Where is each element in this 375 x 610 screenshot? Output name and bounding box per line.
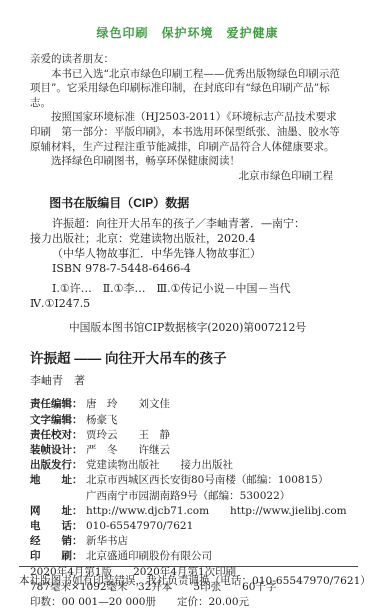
row-label: 装帧设计： — [30, 443, 86, 458]
row-value: 北京盛通印刷股份有限公司 — [86, 549, 345, 564]
green-print-slogan: 绿色印刷 保护环境 爱护健康 — [30, 24, 345, 41]
row-value: 广西南宁市园湖南路9号（邮编：530022） — [86, 489, 345, 504]
colophon-row-distributor: 经 销： 新华书店 — [30, 534, 345, 549]
colophon-row-designer: 装帧设计： 严 冬 许继云 — [30, 443, 345, 458]
colophon-row-address: 地 址： 北京市西城区西长安街80号南楼（邮编：100815） — [30, 473, 345, 488]
letter-salutation: 亲爱的读者朋友： — [30, 52, 345, 67]
row-label: 网 址： — [30, 504, 86, 519]
row-label: 地 址： — [30, 473, 86, 488]
row-label: 经 销： — [30, 534, 86, 549]
book-author: 李岫青 著 — [30, 372, 345, 388]
row-value: 杨豪飞 — [86, 413, 345, 428]
letter-signature: 北京市绿色印刷工程 — [30, 169, 345, 184]
row-value: 党建读物出版社 接力出版社 — [86, 458, 345, 473]
row-value: 严 冬 许继云 — [86, 443, 345, 458]
row-value: 贾玲云 王 静 — [86, 428, 345, 443]
colophon-row-phone: 电 话： 010-65547970/7621 — [30, 519, 345, 534]
row-value: http://www.djcb71.com http://www.jielibj… — [86, 504, 347, 519]
letter-paragraph: 本书已入选“北京市绿色印刷工程——优秀出版物绿色印刷示范项目”。它采用绿色印刷标… — [30, 67, 345, 111]
letter-paragraph: 选择绿色印刷图书，畅享环保健康阅读！ — [30, 154, 345, 169]
row-value: 新华书店 — [86, 534, 345, 549]
print-run-line: 印数：00 001—20 000册 定价：20.00元 — [30, 595, 345, 610]
cip-line: 许振超：向往开大吊车的孩子／李岫青著．—南宁： — [30, 216, 345, 231]
row-label: 出版发行： — [30, 458, 86, 473]
colophon-row-proofreader: 责任校对： 贾玲云 王 静 — [30, 428, 345, 443]
cip-line: Ⅳ.①I247.5 — [30, 296, 345, 311]
letter-paragraph: 按照国家环境标准（HJ2503-2011）《环境标志产品技术要求 印刷 第一部分… — [30, 110, 345, 154]
divider — [19, 566, 358, 567]
row-label: 责任编辑： — [30, 397, 86, 412]
row-label: 责任校对： — [30, 428, 86, 443]
colophon-row-editor: 责任编辑： 唐 玲 刘文佳 — [30, 397, 345, 412]
colophon-row-website: 网 址： http://www.djcb71.com http://www.ji… — [30, 504, 345, 519]
colophon-row-address-2: 广西南宁市园湖南路9号（邮编：530022） — [30, 489, 345, 504]
cip-record-number: 中国版本图书馆CIP数据核字(2020)第007212号 — [30, 320, 345, 335]
colophon-row-publisher: 出版发行： 党建读物出版社 接力出版社 — [30, 458, 345, 473]
row-value: 010-65547970/7621 — [86, 519, 345, 534]
row-label: 文字编辑： — [30, 413, 86, 428]
cip-line: 接力出版社；北京：党建读物出版社，2020.4 — [30, 231, 345, 246]
cip-line: （中华人物故事汇．中华先锋人物故事汇） — [30, 246, 345, 261]
cip-line: ISBN 978-7-5448-6466-4 — [30, 261, 345, 276]
row-label — [30, 489, 86, 504]
row-value: 唐 玲 刘文佳 — [86, 397, 345, 412]
cip-heading: 图书在版编目（CIP）数据 — [30, 196, 345, 211]
cip-block: 图书在版编目（CIP）数据 许振超：向往开大吊车的孩子／李岫青著．—南宁： 接力… — [30, 196, 345, 335]
footer: 本社版图书如有印装错误，我社负责调换（电话：010-65547970/7621） — [19, 566, 358, 588]
footer-note: 本社版图书如有印装错误，我社负责调换（电话：010-65547970/7621） — [19, 573, 358, 588]
book-title: 许振超 —— 向往开大吊车的孩子 — [30, 347, 345, 367]
colophon-row-text-editor: 文字编辑： 杨豪飞 — [30, 413, 345, 428]
row-label: 电 话： — [30, 519, 86, 534]
cip-line: Ⅰ.①许… Ⅱ.①李… Ⅲ.①传记小说－中国－当代 — [30, 281, 345, 296]
row-value: 北京市西城区西长安街80号南楼（邮编：100815） — [86, 473, 345, 488]
row-label: 印 刷： — [30, 549, 86, 564]
copyright-page: 绿色印刷 保护环境 爱护健康 亲爱的读者朋友： 本书已入选“北京市绿色印刷工程—… — [0, 0, 375, 610]
colophon-row-printer: 印 刷： 北京盛通印刷股份有限公司 — [30, 549, 345, 564]
reader-letter: 亲爱的读者朋友： 本书已入选“北京市绿色印刷工程——优秀出版物绿色印刷示范项目”… — [30, 52, 345, 183]
